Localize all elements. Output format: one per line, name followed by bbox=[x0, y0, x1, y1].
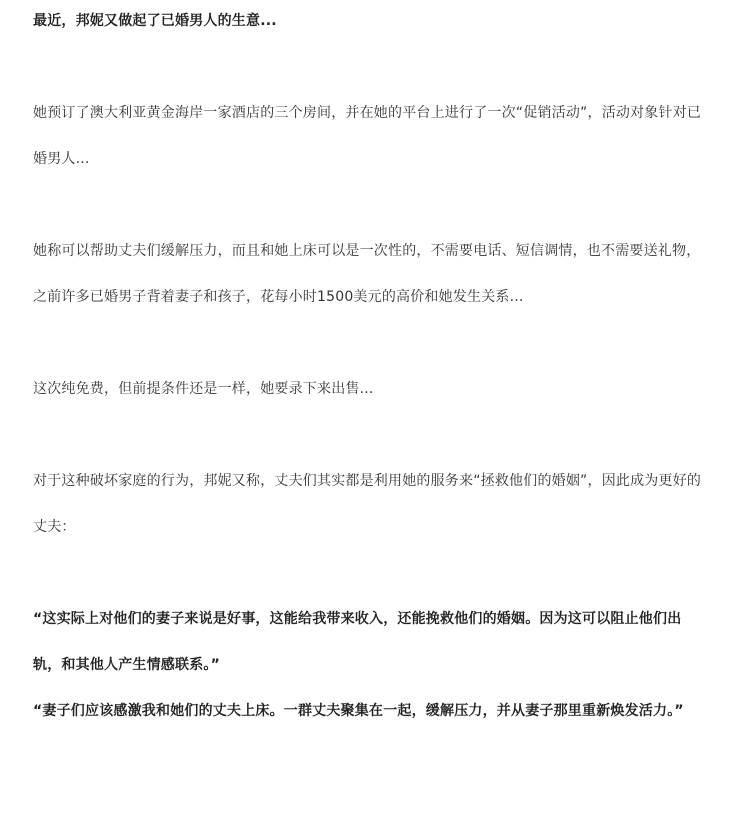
paragraph-hotel-promotion: 她预订了澳大利亚黄金海岸一家酒店的三个房间，并在她的平台上进行了一次“促销活动”… bbox=[33, 90, 705, 182]
paragraph-free-condition: 这次纯免费，但前提条件还是一样，她要录下来出售... bbox=[33, 366, 705, 412]
article-body: 最近，邦妮又做起了已婚男人的生意... 她预订了澳大利亚黄金海岸一家酒店的三个房… bbox=[0, 0, 730, 813]
paragraph-claims: 她称可以帮助丈夫们缓解压力，而且和她上床可以是一次性的，不需要电话、短信调情，也… bbox=[33, 228, 705, 320]
paragraph-response: 对于这种破坏家庭的行为，邦妮又称，丈夫们其实都是利用她的服务来“拯救他们的婚姻”… bbox=[33, 458, 705, 550]
quote-paragraph-1: “这实际上对他们的妻子来说是好事，这能给我带来收入，还能挽救他们的婚姻。因为这可… bbox=[33, 596, 705, 688]
lead-paragraph: 最近，邦妮又做起了已婚男人的生意... bbox=[33, 0, 705, 44]
quote-paragraph-2: “妻子们应该感激我和她们的丈夫上床。一群丈夫聚集在一起，缓解压力，并从妻子那里重… bbox=[33, 688, 705, 734]
